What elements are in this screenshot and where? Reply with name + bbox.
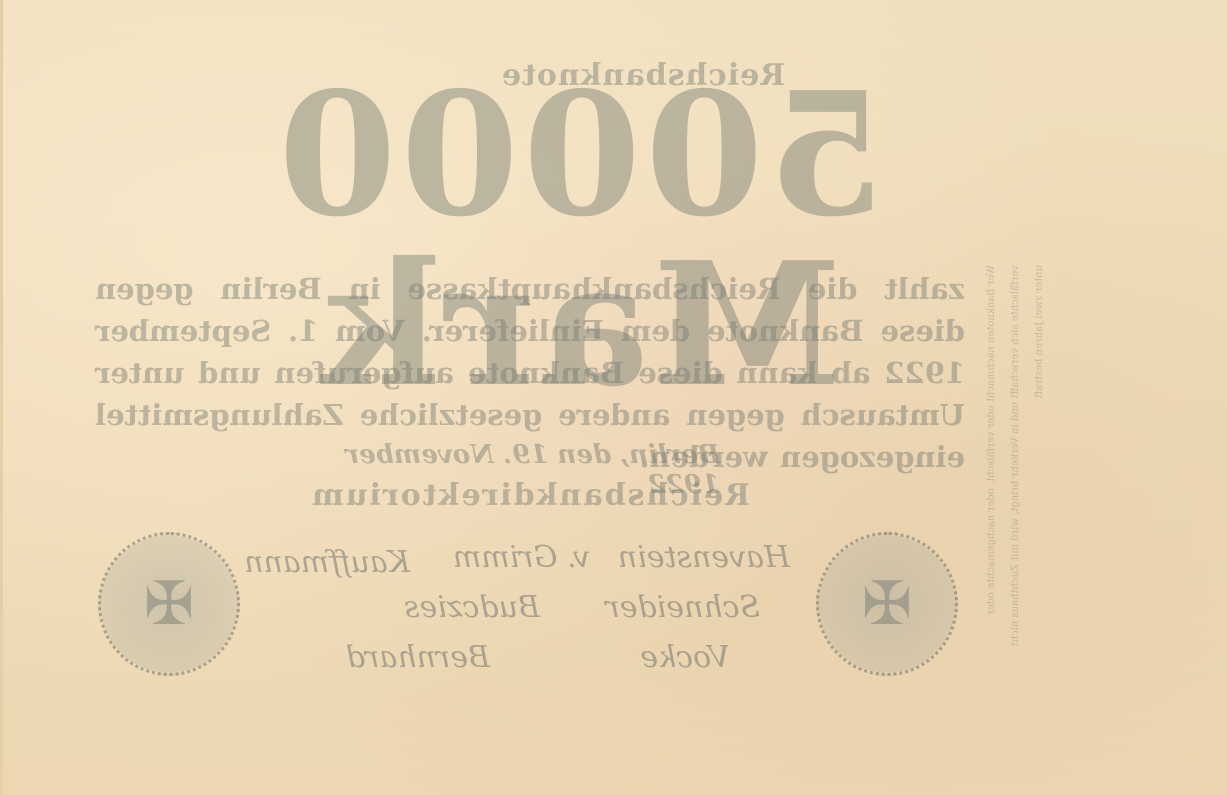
mirrored-print: Reichsbanknote 50000 Mark zahlt die Reic…: [3, 0, 1227, 795]
banknote: Reichsbanknote 50000 Mark zahlt die Reic…: [0, 0, 1227, 795]
eagle-seal-icon: ✠: [816, 532, 958, 676]
signature: Schneider: [605, 590, 760, 625]
signature: Bernhard: [346, 640, 490, 675]
signature: v. Grimm: [453, 540, 590, 575]
signature: Budczies: [404, 590, 540, 625]
eagle-seal-icon: ✠: [98, 532, 240, 676]
signature: Vocke: [640, 640, 730, 675]
signature: Kauffmann: [244, 545, 410, 580]
note-issuer: Reichsbankdirektorium: [290, 478, 770, 513]
signatures: Havenstein v. Grimm Kauffmann Schneider …: [250, 540, 790, 690]
signature: Havenstein: [618, 540, 790, 575]
note-side-text: Wer Banknoten nachmacht oder verfälscht,…: [980, 265, 1070, 670]
